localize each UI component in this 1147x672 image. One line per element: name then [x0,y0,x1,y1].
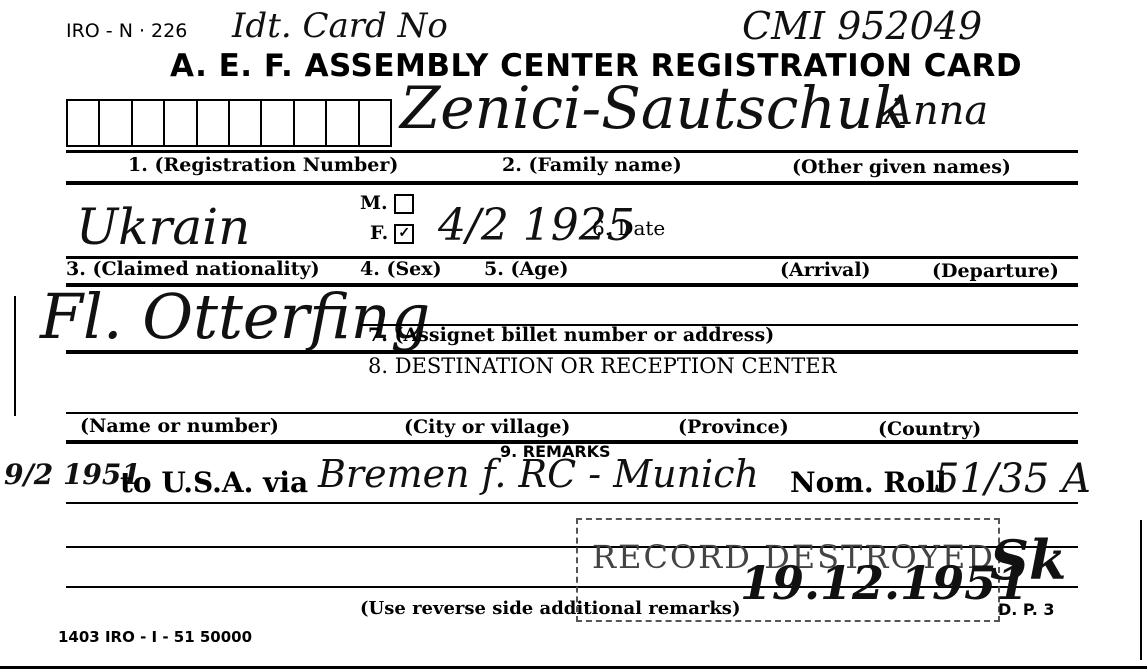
stamp-initials: Sk [990,528,1066,592]
nom-roll-label: Nom. Roll [790,466,947,499]
destination-province-label: (Province) [678,416,789,438]
female-checkbox[interactable]: ✓ [394,224,414,244]
sex-male: M. [360,192,414,214]
nationality-value: Ukrain [76,198,250,256]
card-bottom-edge [0,666,1147,669]
remarks-printed-text: to U.S.A. via [120,466,308,499]
date-label: 6. Date [592,216,665,240]
remarks-handwritten-text: Bremen f. RC - Munich [318,452,759,496]
nationality-label: 3. (Claimed nationality) [66,258,320,280]
card-number: CMI 952049 [742,4,982,48]
given-names-label: (Other given names) [792,156,1011,178]
dp-code: D. P. 3 [998,600,1055,619]
destination-country-label: (Country) [878,418,981,440]
idt-card-label: Idt. Card No [232,6,448,46]
registration-number-boxes [66,99,392,147]
family-name-value: Zenici-Sautschuk [400,74,908,142]
destination-label: 8. DESTINATION OR RECEPTION CENTER [368,354,836,378]
sex-label: 4. (Sex) [360,258,442,280]
age-label: 5. (Age) [484,258,569,280]
given-names-value: Anna [884,88,988,134]
destination-city-label: (City or village) [404,416,570,438]
form-code: IRO - N · 226 [66,20,187,42]
billet-label: 7. (Assignet billet number or address) [368,324,774,346]
card-left-edge [14,296,16,416]
destination-name-label: (Name or number) [80,415,279,437]
sex-female: F.✓ [370,222,414,244]
stamp-date: 19.12.1951 [740,556,1028,610]
departure-label: (Departure) [932,260,1059,282]
family-name-label: 2. (Family name) [502,154,682,176]
nom-roll-value: 51/35 A [934,456,1091,502]
registration-number-label: 1. (Registration Number) [128,154,398,176]
card-right-edge [1140,520,1142,660]
reverse-side-note: (Use reverse side additional remarks) [360,598,740,619]
male-checkbox[interactable] [394,194,414,214]
arrival-label: (Arrival) [780,259,871,281]
print-code: 1403 IRO - I - 51 50000 [58,628,252,646]
